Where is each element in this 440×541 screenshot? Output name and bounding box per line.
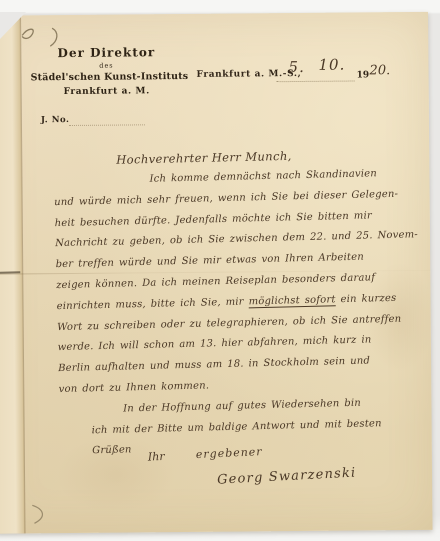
letterhead-block: Der Direktor des Städel'schen Kunst-Inst…: [30, 45, 182, 97]
salutation: Hochverehrter Herr Munch,: [116, 149, 292, 167]
letterhead-city: Frankfurt a. M.: [31, 86, 183, 97]
dateline-month-handwritten: 10.: [318, 56, 345, 74]
underlined-phrase: möglichst sofort: [248, 294, 335, 308]
letter-body: Ich komme demnächst nach Skandinavien un…: [53, 163, 424, 463]
body-line-prefix: einrichten muss, bitte ich Sie, mir: [57, 296, 244, 312]
letterhead-institution: Städel'schen Kunst-Instituts: [31, 71, 183, 83]
reference-label: J. No.: [41, 115, 70, 125]
dateline-day-handwritten: 5.: [288, 58, 304, 76]
pencil-arc-mark: [28, 501, 58, 527]
scanned-letter-background: Der Direktor des Städel'schen Kunst-Inst…: [0, 0, 440, 541]
letterhead-connector: des: [30, 61, 182, 70]
closing-word: ergebener: [196, 445, 263, 461]
dateline-year-handwritten: 20.: [369, 63, 390, 78]
signature: Georg Swarzenski: [217, 465, 357, 487]
letterhead-title: Der Direktor: [30, 45, 182, 60]
reference-dotted-rule: [69, 112, 145, 126]
dateline-year-printed: 19: [357, 70, 370, 80]
letter-paper: Der Direktor des Städel'schen Kunst-Inst…: [0, 12, 433, 534]
body-line-suffix: ein kurzes: [340, 293, 396, 305]
closing-pronoun: Ihr: [148, 450, 165, 464]
